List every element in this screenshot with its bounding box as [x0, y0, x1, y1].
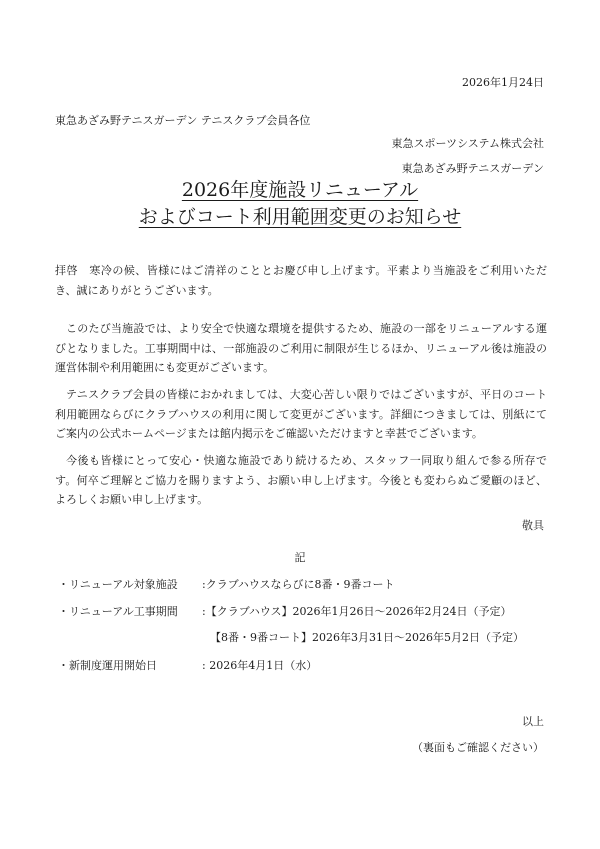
detail-label-construction-period: ・リニューアル工事期間 [58, 603, 178, 619]
back-side-note: （裏面もご確認ください） [412, 739, 544, 755]
detail-value-clubhouse-period: :【クラブハウス】2026年1月26日～2026年2月24日（予定） [202, 603, 511, 619]
title-line-1-text: 2026年度施設リニューアル [182, 179, 418, 201]
body-paragraph-closing-request: 今後も皆様にとって安心・快適な施設であり続けるため、スタッフ一同取り組んで参る所… [55, 451, 547, 510]
title-line-2: およびコート利用範囲変更のお知らせ [0, 205, 600, 229]
body-paragraph-member-changes: テニスクラブ会員の皆様におかれましては、大変心苦しい限りではございますが、平日の… [55, 385, 547, 444]
detail-value-courts-period: 【8番・9番コート】2026年3月31日～2026年5月2日（予定） [210, 629, 524, 645]
title-line-2-text: およびコート利用範囲変更のお知らせ [139, 206, 461, 228]
detail-value-new-system-start: : 2026年4月1日（水） [202, 657, 317, 673]
sender-facility: 東急あざみ野テニスガーデン [402, 160, 544, 176]
detail-label-target-facilities: ・リニューアル対象施設 [58, 576, 178, 592]
detail-value-target-facilities: :クラブハウスならびに8番・9番コート [202, 576, 395, 592]
sender-company: 東急スポーツシステム株式会社 [392, 135, 544, 151]
closing-keigu: 敬具 [522, 517, 544, 533]
details-heading: 記 [0, 549, 600, 565]
detail-label-new-system-start: ・新制度運用開始日 [58, 657, 157, 673]
title-line-1: 2026年度施設リニューアル [0, 178, 600, 202]
document-date: 2026年1月24日 [462, 74, 544, 90]
end-mark: 以上 [522, 713, 544, 729]
body-paragraph-greeting: 拝啓 寒冷の候、皆様にはご清祥のこととお慶び申し上げます。平素より当施設をご利用… [55, 261, 547, 300]
addressee: 東急あざみ野テニスガーデン テニスクラブ会員各位 [55, 112, 310, 128]
body-paragraph-renewal: このたび当施設では、より安全で快適な環境を提供するため、施設の一部をリニューアル… [55, 319, 547, 378]
